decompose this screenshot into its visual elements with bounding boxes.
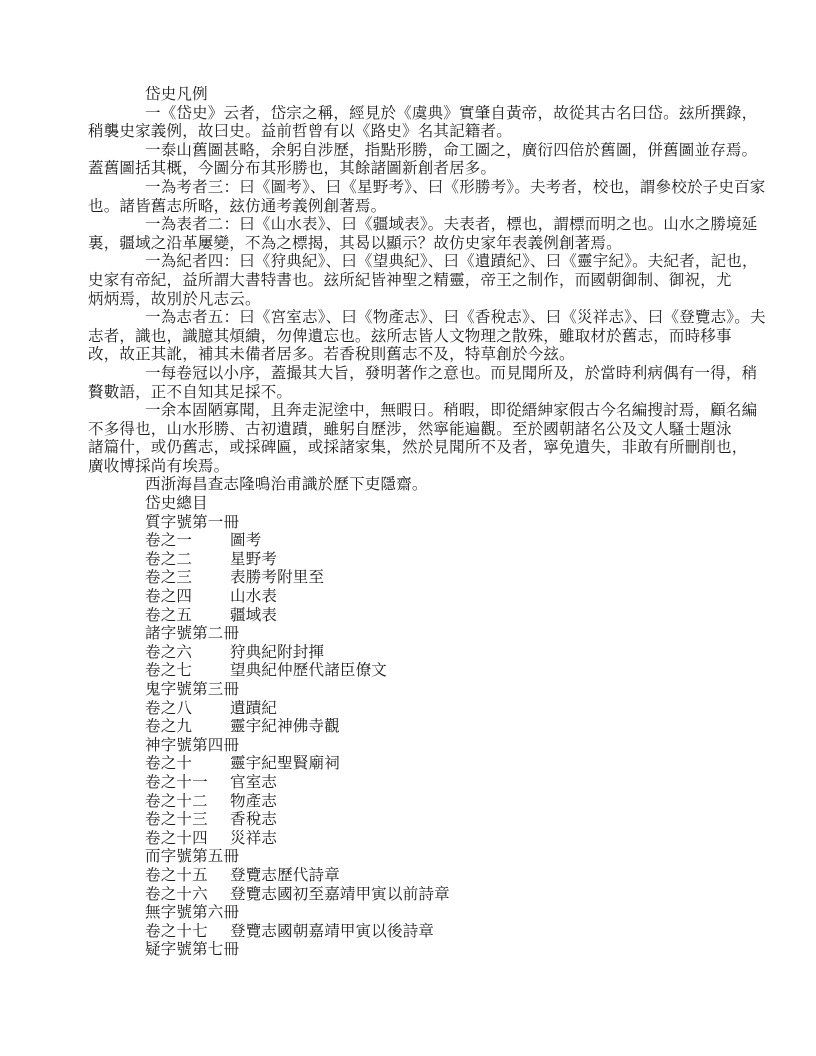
toc-volume-title: 物產志 [230,793,733,812]
toc-volume-label: 卷之十一 [145,774,230,793]
toc-section-header: 神字號第四冊 [88,737,733,756]
toc-volume-label: 卷之五 [145,607,230,626]
toc-row: 卷之十七登覽志國朝嘉靖甲寅以後詩章 [88,923,733,942]
toc-row: 卷之十二物產志 [88,793,733,812]
toc-row: 卷之一圖考 [88,532,733,551]
toc-section-header: 疑字號第七冊 [88,941,733,960]
paragraph-first-line: 一每卷冠以小序，蓋撮其大旨，發明著作之意也。而見聞所及，於當時利病偶有一得，稍 [88,365,733,384]
toc-row: 卷之五疆域表 [88,607,733,626]
paragraph-continuation-line: 志者，識也，識臆其煩繢，勿俾遺忘也。玆所志皆人文物理之散殊，雖取材於舊志，而時移… [88,328,733,347]
paragraph-continuation-line: 改，故正其訛，補其未備者居多。若香稅則舊志不及，特草創於今玆。 [88,346,733,365]
toc-volume-label: 卷之六 [145,644,230,663]
paragraph-continuation-line: 廣收博採尚有埃焉。 [88,458,733,477]
toc-row: 卷之十靈宇紀聖賢廟祠 [88,755,733,774]
document-page: 岱史凡例一《岱史》云者，岱宗之稱，經見於《虞典》實肇自黃帝，故從其古名曰岱。玆所… [0,0,816,1056]
toc-volume-title: 表勝考附里至 [230,569,733,588]
toc-section-header: 質字號第一冊 [88,514,733,533]
paragraph-first-line: 一為考者三：曰《圖考》、曰《星野考》、曰《形勝考》。夫考者，校也，謂參校於子史百… [88,179,733,198]
toc-volume-label: 卷之七 [145,662,230,681]
paragraph-first-line: 一余本固陋寡聞，且奔走泥塗中，無暇日。稍暇，即從縉紳家假古今名編搜討焉，顧名編 [88,402,733,421]
toc-row: 卷之十三香稅志 [88,811,733,830]
paragraph-continuation-line: 也。諸皆舊志所略，玆仿通考義例創著焉。 [88,198,733,217]
toc-row: 卷之十四災祥志 [88,830,733,849]
paragraph-continuation-line: 史家有帝紀，益所謂大書特書也。玆所紀皆神聖之精靈，帝王之制作，而國朝御制、御祝，… [88,272,733,291]
toc-volume-title: 疆域表 [230,607,733,626]
toc-volume-title: 登覽志歷代詩章 [230,867,733,886]
toc-section-header: 而字號第五冊 [88,848,733,867]
toc-volume-title: 香稅志 [230,811,733,830]
toc-volume-label: 卷之十六 [145,886,230,905]
section-heading: 岱史凡例 [88,86,733,105]
paragraph-first-line: 一泰山舊圖甚略，余躬自涉歷，指點形勝，命工圖之，廣衍四倍於舊圖，併舊圖並存焉。 [88,142,733,161]
toc-volume-title: 登覽志國初至嘉靖甲寅以前詩章 [230,886,733,905]
toc-volume-label: 卷之九 [145,718,230,737]
paragraph-continuation-line: 炳炳焉，故別於凡志云。 [88,291,733,310]
toc-section-header: 鬼字號第三冊 [88,681,733,700]
toc-volume-title: 圖考 [230,532,733,551]
toc-volume-title: 靈宇紀神佛寺觀 [230,718,733,737]
toc-volume-title: 登覽志國朝嘉靖甲寅以後詩章 [230,923,733,942]
paragraph-first-line: 一為志者五：曰《宮室志》、曰《物產志》、曰《香稅志》、曰《災祥志》、曰《登覽志》… [88,309,733,328]
toc-volume-title: 官室志 [230,774,733,793]
toc-row: 卷之十一官室志 [88,774,733,793]
toc-volume-label: 卷之十 [145,755,230,774]
toc-volume-title: 山水表 [230,588,733,607]
toc-volume-label: 卷之十七 [145,923,230,942]
paragraph-first-line: 一為表者二：曰《山水表》、曰《疆域表》。夫表者，標也，謂標而明之也。山水之勝境延 [88,216,733,235]
toc-volume-label: 卷之十五 [145,867,230,886]
paragraph-first-line: 一《岱史》云者，岱宗之稱，經見於《虞典》實肇自黃帝，故從其古名曰岱。玆所撰錄， [88,105,733,124]
toc-volume-title: 遺蹟紀 [230,700,733,719]
toc-volume-label: 卷之十三 [145,811,230,830]
toc-volume-label: 卷之二 [145,551,230,570]
paragraph-continuation-line: 贅數語，正不自知其足採不。 [88,384,733,403]
paragraph-first-line: 一為紀者四：曰《狩典紀》、曰《望典紀》、曰《遺蹟紀》、曰《靈宇紀》。夫紀者，記也… [88,253,733,272]
toc-volume-title: 望典紀仲歷代諸臣僚文 [230,662,733,681]
paragraph-first-line: 西浙海昌查志隆鳴治甫識於歷下吏隱齋。 [88,476,733,495]
paragraph-continuation-line: 稍襲史家義例，故曰史。益前哲曾有以《路史》名其記籍者。 [88,123,733,142]
toc-row: 卷之六狩典紀附封揮 [88,644,733,663]
toc-row: 卷之九靈宇紀神佛寺觀 [88,718,733,737]
toc-section-header: 諸字號第二冊 [88,625,733,644]
toc-volume-label: 卷之十四 [145,830,230,849]
paragraph-continuation-line: 裏，疆域之沿革屢變，不為之標揭，其曷以顯示？故仿史家年表義例創著焉。 [88,235,733,254]
toc-section-header: 無字號第六冊 [88,904,733,923]
toc-volume-title: 靈宇紀聖賢廟祠 [230,755,733,774]
paragraph-continuation-line: 不多得也，山水形勝、古初遺蹟，雖躬自歷涉，然寧能遍觀。至於國朝諸名公及文人騷士題… [88,421,733,440]
toc-volume-label: 卷之四 [145,588,230,607]
paragraph-continuation-line: 諸篇什，或仍舊志，或採碑匾，或採諸家集，然於見聞所不及者，寧免遺失，非敢有所刪削… [88,439,733,458]
toc-row: 卷之七望典紀仲歷代諸臣僚文 [88,662,733,681]
toc-row: 卷之二星野考 [88,551,733,570]
toc-volume-label: 卷之十二 [145,793,230,812]
toc-volume-title: 狩典紀附封揮 [230,644,733,663]
toc-volume-label: 卷之三 [145,569,230,588]
toc-row: 卷之四山水表 [88,588,733,607]
document-lines: 岱史凡例一《岱史》云者，岱宗之稱，經見於《虞典》實肇自黃帝，故從其古名曰岱。玆所… [88,86,733,960]
toc-volume-label: 卷之一 [145,532,230,551]
toc-volume-title: 災祥志 [230,830,733,849]
toc-row: 卷之十六登覽志國初至嘉靖甲寅以前詩章 [88,886,733,905]
section-heading: 岱史總目 [88,495,733,514]
toc-row: 卷之三表勝考附里至 [88,569,733,588]
toc-volume-title: 星野考 [230,551,733,570]
toc-row: 卷之八遺蹟紀 [88,700,733,719]
toc-row: 卷之十五登覽志歷代詩章 [88,867,733,886]
paragraph-continuation-line: 蓋舊圖括其概，今圖分布其形勝也，其餘諸圖新創者居多。 [88,160,733,179]
toc-volume-label: 卷之八 [145,700,230,719]
